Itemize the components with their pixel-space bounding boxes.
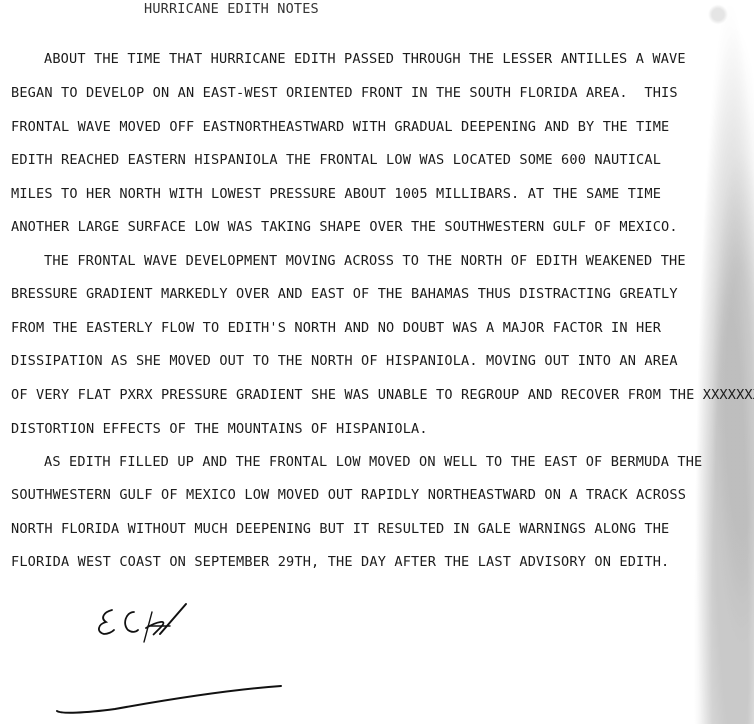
text-line: THE FRONTAL WAVE DEVELOPMENT MOVING ACRO… (44, 253, 686, 269)
text-line: OF VERY FLAT PXRX PRESSURE GRADIENT SHE … (11, 387, 754, 403)
handwritten-initials-signature (90, 600, 210, 650)
text-line: AS EDITH FILLED UP AND THE FRONTAL LOW M… (44, 454, 702, 470)
text-line: DISSIPATION AS SHE MOVED OUT TO THE NORT… (11, 353, 678, 369)
text-line: MILES TO HER NORTH WITH LOWEST PRESSURE … (11, 186, 661, 202)
text-line: FROM THE EASTERLY FLOW TO EDITH'S NORTH … (11, 320, 661, 336)
document-title: HURRICANE EDITH NOTES (144, 1, 319, 17)
text-line: FRONTAL WAVE MOVED OFF EASTNORTHEASTWARD… (11, 119, 669, 135)
text-line: BEGAN TO DEVELOP ON AN EAST-WEST ORIENTE… (11, 85, 678, 101)
typed-document-page: HURRICANE EDITH NOTES ABOUT THE TIME THA… (0, 0, 754, 724)
text-line: ANOTHER LARGE SURFACE LOW WAS TAKING SHA… (11, 219, 678, 235)
text-line: SOUTHWESTERN GULF OF MEXICO LOW MOVED OU… (11, 487, 686, 503)
text-line: BRESSURE GRADIENT MARKEDLY OVER AND EAST… (11, 286, 678, 302)
text-line: EDITH REACHED EASTERN HISPANIOLA THE FRO… (11, 152, 661, 168)
text-line: DISTORTION EFFECTS OF THE MOUNTAINS OF H… (11, 421, 428, 437)
text-line: ABOUT THE TIME THAT HURRICANE EDITH PASS… (44, 51, 686, 67)
text-line: FLORIDA WEST COAST ON SEPTEMBER 29TH, TH… (11, 554, 669, 570)
text-line: NORTH FLORIDA WITHOUT MUCH DEEPENING BUT… (11, 521, 669, 537)
handwritten-underline-stroke (55, 680, 285, 720)
scan-speckle-noise (694, 0, 754, 724)
